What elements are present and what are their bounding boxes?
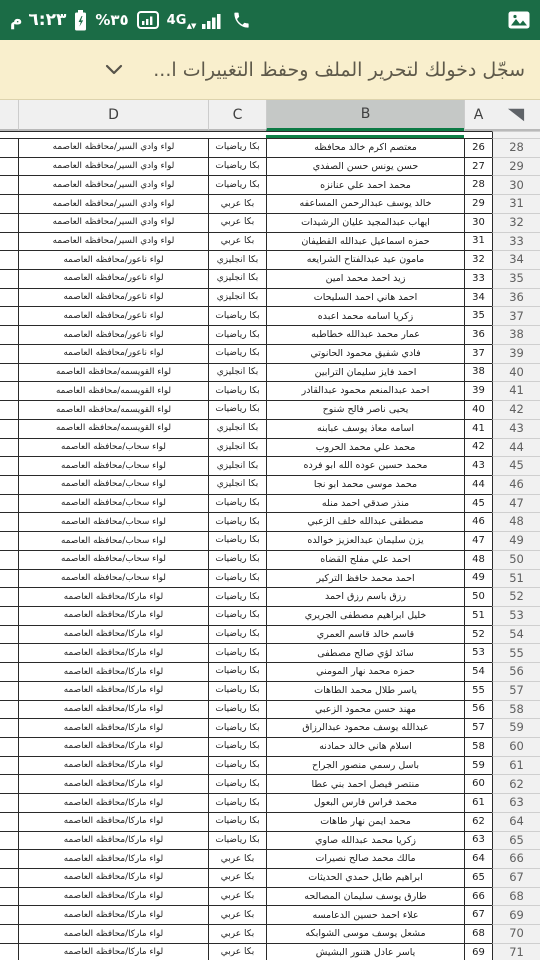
- cell-c[interactable]: بكا عربي: [208, 924, 266, 943]
- cell-b[interactable]: معتصم اكرم خالد محافظه: [266, 138, 464, 157]
- cell-d[interactable]: لواء سحاب/محافظه العاصمه: [18, 550, 208, 569]
- cell-a[interactable]: 35: [464, 306, 492, 325]
- cell-a[interactable]: 38: [464, 363, 492, 382]
- cell-d[interactable]: لواء ماركا/محافظه العاصمه: [18, 587, 208, 606]
- cell-d[interactable]: لواء ماركا/محافظه العاصمه: [18, 868, 208, 887]
- cell-e[interactable]: [0, 756, 18, 775]
- row-header[interactable]: 56: [492, 662, 540, 681]
- row-header[interactable]: 35: [492, 269, 540, 288]
- row-header[interactable]: 40: [492, 363, 540, 382]
- cell-d[interactable]: لواء ماركا/محافظه العاصمه: [18, 718, 208, 737]
- cell-c[interactable]: [208, 131, 266, 138]
- row-header[interactable]: 71: [492, 943, 540, 960]
- cell-c[interactable]: بكا رياضيات: [208, 531, 266, 550]
- cell-e[interactable]: [0, 643, 18, 662]
- table-row: 28 26 معتصم اكرم خالد محافظه بكا رياضيات…: [0, 138, 540, 157]
- row-header[interactable]: 46: [492, 475, 540, 494]
- cell-d[interactable]: لواء ماركا/محافظه العاصمه: [18, 681, 208, 700]
- cell-d[interactable]: لواء ناعور/محافظه العاصمه: [18, 344, 208, 363]
- column-header-b-selected[interactable]: B: [266, 100, 464, 131]
- row-header[interactable]: 61: [492, 756, 540, 775]
- cell-b[interactable]: رزق باسم رزق احمد: [266, 587, 464, 606]
- cell-e[interactable]: [0, 269, 18, 288]
- column-header-d[interactable]: D: [18, 100, 208, 131]
- row-header[interactable]: 55: [492, 643, 540, 662]
- cell-a[interactable]: 60: [464, 774, 492, 793]
- cell-c[interactable]: بكا رياضيات: [208, 774, 266, 793]
- cell-e[interactable]: [0, 131, 18, 138]
- cell-e[interactable]: [0, 550, 18, 569]
- cell-b[interactable]: سائد لؤي صالح مصطفى: [266, 643, 464, 662]
- cell-d[interactable]: لواء سحاب/محافظه العاصمه: [18, 569, 208, 588]
- table-row: 51 49 احمد محمد حافظ التركير بكا رياضيات…: [0, 569, 540, 588]
- row-header[interactable]: 42: [492, 400, 540, 419]
- table-row: 43 41 اسامه معاذ يوسف عبابنه بكا انجليزي…: [0, 419, 540, 438]
- row-header[interactable]: [492, 131, 540, 138]
- cell-c[interactable]: بكا رياضيات: [208, 606, 266, 625]
- row-header[interactable]: 37: [492, 306, 540, 325]
- cell-a[interactable]: 41: [464, 419, 492, 438]
- cell-e[interactable]: [0, 475, 18, 494]
- cell-b[interactable]: قاسم خالد قاسم العمري: [266, 625, 464, 644]
- cell-c[interactable]: بكا انجليزي: [208, 438, 266, 457]
- cell-c[interactable]: بكا رياضيات: [208, 138, 266, 157]
- cell-c[interactable]: بكا عربي: [208, 943, 266, 960]
- cell-b[interactable]: مهند حسن محمود الزعبي: [266, 700, 464, 719]
- cell-a[interactable]: 29: [464, 194, 492, 213]
- row-header[interactable]: 54: [492, 625, 540, 644]
- cell-d[interactable]: لواء ماركا/محافظه العاصمه: [18, 606, 208, 625]
- row-header[interactable]: 62: [492, 774, 540, 793]
- column-header-c[interactable]: C: [208, 100, 266, 131]
- cell-b[interactable]: طارق يوسف سليمان المصالحه: [266, 887, 464, 906]
- cell-a[interactable]: 64: [464, 849, 492, 868]
- table-row: 49 47 يزن سليمان عبدالعزيز خوالده بكا ري…: [0, 531, 540, 550]
- cell-e[interactable]: [0, 868, 18, 887]
- cell-c[interactable]: بكا عربي: [208, 194, 266, 213]
- cell-a[interactable]: 40: [464, 400, 492, 419]
- cell-a[interactable]: 49: [464, 569, 492, 588]
- cell-d[interactable]: لواء وادي السير/محافظه العاصمه: [18, 175, 208, 194]
- cell-e[interactable]: [0, 831, 18, 850]
- cell-c[interactable]: بكا انجليزي: [208, 363, 266, 382]
- cell-d[interactable]: لواء ناعور/محافظه العاصمه: [18, 325, 208, 344]
- cell-d[interactable]: لواء ناعور/محافظه العاصمه: [18, 269, 208, 288]
- cell-e[interactable]: [0, 232, 18, 251]
- cell-a[interactable]: 27: [464, 157, 492, 176]
- cell-e[interactable]: [0, 887, 18, 906]
- cell-c[interactable]: بكا رياضيات: [208, 643, 266, 662]
- cell-a[interactable]: 47: [464, 531, 492, 550]
- cell-d[interactable]: لواء وادي السير/محافظه العاصمه: [18, 194, 208, 213]
- cell-c[interactable]: بكا عربي: [208, 849, 266, 868]
- cell-c[interactable]: بكا انجليزي: [208, 250, 266, 269]
- cell-b[interactable]: اسلام هاني خالد حمادنه: [266, 737, 464, 756]
- table-row: 70 68 مشعل يوسف موسى الشوابكه بكا عربي ل…: [0, 924, 540, 943]
- select-all-corner[interactable]: [492, 100, 540, 131]
- cell-a[interactable]: 37: [464, 344, 492, 363]
- cell-b[interactable]: حمزه محمد نهار المومني: [266, 662, 464, 681]
- cell-a[interactable]: 28: [464, 175, 492, 194]
- cell-d[interactable]: لواء القويسمه/محافظه العاصمه: [18, 381, 208, 400]
- cell-c[interactable]: بكا انجليزي: [208, 419, 266, 438]
- cell-b[interactable]: حمزه اسماعيل عبدالله القطيفان: [266, 232, 464, 251]
- cell-e[interactable]: [0, 344, 18, 363]
- cell-c[interactable]: بكا عربي: [208, 868, 266, 887]
- cell-b[interactable]: خالد يوسف عبدالرحمن المساعفه: [266, 194, 464, 213]
- selected-cell-b-border[interactable]: [266, 131, 464, 138]
- cell-e[interactable]: [0, 681, 18, 700]
- cell-d[interactable]: لواء سحاب/محافظه العاصمه: [18, 531, 208, 550]
- table-row: 60 58 اسلام هاني خالد حمادنه بكا رياضيات…: [0, 737, 540, 756]
- cell-e[interactable]: [0, 905, 18, 924]
- cell-d[interactable]: لواء ماركا/محافظه العاصمه: [18, 737, 208, 756]
- cell-a[interactable]: 31: [464, 232, 492, 251]
- cell-e[interactable]: [0, 718, 18, 737]
- cell-b[interactable]: خليل ابراهيم مصطفى الجريري: [266, 606, 464, 625]
- cell-a[interactable]: 36: [464, 325, 492, 344]
- cell-c[interactable]: بكا انجليزي: [208, 288, 266, 307]
- cell-c[interactable]: بكا رياضيات: [208, 700, 266, 719]
- cell-c[interactable]: بكا رياضيات: [208, 569, 266, 588]
- row-header[interactable]: 36: [492, 288, 540, 307]
- cell-c[interactable]: بكا رياضيات: [208, 793, 266, 812]
- row-header[interactable]: 31: [492, 194, 540, 213]
- row-header[interactable]: 38: [492, 325, 540, 344]
- cell-d[interactable]: لواء القويسمه/محافظه العاصمه: [18, 400, 208, 419]
- cell-c[interactable]: بكا رياضيات: [208, 306, 266, 325]
- row-header[interactable]: 63: [492, 793, 540, 812]
- cell-a[interactable]: 42: [464, 438, 492, 457]
- chevron-down-icon[interactable]: [103, 62, 125, 78]
- table-row: 34 32 مامون عيد عبدالفتاح الشرايعه بكا ا…: [0, 250, 540, 269]
- cell-c[interactable]: بكا انجليزي: [208, 475, 266, 494]
- row-header[interactable]: 41: [492, 381, 540, 400]
- cell-a[interactable]: 59: [464, 756, 492, 775]
- cell-e[interactable]: [0, 306, 18, 325]
- cell-d[interactable]: لواء وادي السير/محافظه العاصمه: [18, 213, 208, 232]
- row-header[interactable]: 52: [492, 587, 540, 606]
- cell-d[interactable]: لواء ماركا/محافظه العاصمه: [18, 625, 208, 644]
- cell-e[interactable]: [0, 793, 18, 812]
- cell-e[interactable]: [0, 625, 18, 644]
- cell-d[interactable]: لواء ماركا/محافظه العاصمه: [18, 887, 208, 906]
- cell-d[interactable]: لواء ماركا/محافظه العاصمه: [18, 756, 208, 775]
- cell-e[interactable]: [0, 456, 18, 475]
- row-header[interactable]: 66: [492, 849, 540, 868]
- cell-c[interactable]: بكا رياضيات: [208, 381, 266, 400]
- cell-b[interactable]: مامون عيد عبدالفتاح الشرايعه: [266, 250, 464, 269]
- cell-a[interactable]: 39: [464, 381, 492, 400]
- row-header[interactable]: 64: [492, 812, 540, 831]
- cell-a[interactable]: 65: [464, 868, 492, 887]
- cell-e[interactable]: [0, 213, 18, 232]
- cell-a[interactable]: 48: [464, 550, 492, 569]
- cell-b[interactable]: محمد ايمن نهار طاهات: [266, 812, 464, 831]
- cell-d[interactable]: لواء وادي السير/محافظه العاصمه: [18, 232, 208, 251]
- cell-a[interactable]: 32: [464, 250, 492, 269]
- cell-e[interactable]: [0, 250, 18, 269]
- cell-d[interactable]: لواء سحاب/محافظه العاصمه: [18, 456, 208, 475]
- cell-c[interactable]: بكا رياضيات: [208, 831, 266, 850]
- cell-b[interactable]: احمد علي مفلح القضاه: [266, 550, 464, 569]
- cell-a[interactable]: 57: [464, 718, 492, 737]
- cell-b[interactable]: يزن سليمان عبدالعزيز خوالده: [266, 531, 464, 550]
- cell-b[interactable]: ايهاب عبدالمجيد عليان الرشيدات: [266, 213, 464, 232]
- cell-c[interactable]: بكا رياضيات: [208, 812, 266, 831]
- cell-e[interactable]: [0, 512, 18, 531]
- row-header[interactable]: 57: [492, 681, 540, 700]
- row-header[interactable]: 30: [492, 175, 540, 194]
- cell-b[interactable]: عبدالله يوسف محمود عبدالرزاق: [266, 718, 464, 737]
- cell-a[interactable]: 43: [464, 456, 492, 475]
- cell-d[interactable]: لواء ماركا/محافظه العاصمه: [18, 662, 208, 681]
- cell-e[interactable]: [0, 381, 18, 400]
- row-header[interactable]: 29: [492, 157, 540, 176]
- cell-b[interactable]: ياسر طلال محمد الطاهات: [266, 681, 464, 700]
- cell-e[interactable]: [0, 587, 18, 606]
- column-header-a[interactable]: A: [464, 100, 492, 131]
- cell-c[interactable]: بكا انجليزي: [208, 269, 266, 288]
- cell-c[interactable]: بكا رياضيات: [208, 718, 266, 737]
- column-header-row: A B C D: [0, 100, 540, 131]
- cell-e[interactable]: [0, 157, 18, 176]
- cell-d[interactable]: لواء ماركا/محافظه العاصمه: [18, 924, 208, 943]
- screenshot-image-icon: [508, 11, 530, 29]
- cell-d[interactable]: لواء سحاب/محافظه العاصمه: [18, 494, 208, 513]
- cell-e[interactable]: [0, 943, 18, 960]
- cell-c[interactable]: بكا رياضيات: [208, 157, 266, 176]
- cell-a[interactable]: 53: [464, 643, 492, 662]
- cell-b[interactable]: علاء احمد حسين الدعامسه: [266, 905, 464, 924]
- cell-b[interactable]: احمد عبدالمنعم محمود عبدالقادر: [266, 381, 464, 400]
- cell-b[interactable]: محمد احمد علي عنانزه: [266, 175, 464, 194]
- table-row: 58 56 مهند حسن محمود الزعبي بكا رياضيات …: [0, 700, 540, 719]
- cell-e[interactable]: [0, 419, 18, 438]
- row-header[interactable]: 60: [492, 737, 540, 756]
- cell-c[interactable]: بكا رياضيات: [208, 587, 266, 606]
- cell-b[interactable]: مشعل يوسف موسى الشوابكه: [266, 924, 464, 943]
- cell-e[interactable]: [0, 531, 18, 550]
- cell-a[interactable]: 51: [464, 606, 492, 625]
- spreadsheet-grid: A B C D 28 26 معتصم اكرم خالد محافظه بكا…: [0, 100, 540, 960]
- cell-a[interactable]: 66: [464, 887, 492, 906]
- cell-c[interactable]: بكا رياضيات: [208, 756, 266, 775]
- cell-a[interactable]: 30: [464, 213, 492, 232]
- cell-a[interactable]: 45: [464, 494, 492, 513]
- cell-a[interactable]: 68: [464, 924, 492, 943]
- row-header[interactable]: 49: [492, 531, 540, 550]
- cell-a[interactable]: 55: [464, 681, 492, 700]
- row-header[interactable]: 67: [492, 868, 540, 887]
- cell-e[interactable]: [0, 400, 18, 419]
- cell-c[interactable]: بكا رياضيات: [208, 325, 266, 344]
- row-header[interactable]: 33: [492, 232, 540, 251]
- cell-d[interactable]: لواء ماركا/محافظه العاصمه: [18, 643, 208, 662]
- cell-d[interactable]: لواء ماركا/محافظه العاصمه: [18, 774, 208, 793]
- cell-a[interactable]: 61: [464, 793, 492, 812]
- row-header[interactable]: 70: [492, 924, 540, 943]
- cell-a[interactable]: 63: [464, 831, 492, 850]
- cell-e[interactable]: [0, 849, 18, 868]
- cell-c[interactable]: بكا رياضيات: [208, 494, 266, 513]
- cell-e[interactable]: [0, 194, 18, 213]
- cell-d[interactable]: لواء سحاب/محافظه العاصمه: [18, 438, 208, 457]
- cell-a[interactable]: 33: [464, 269, 492, 288]
- table-row: 52 50 رزق باسم رزق احمد بكا رياضيات لواء…: [0, 587, 540, 606]
- cell-e[interactable]: [0, 438, 18, 457]
- cell-b[interactable]: زكريا محمد عبدالله صاوي: [266, 831, 464, 850]
- row-header[interactable]: 43: [492, 419, 540, 438]
- cell-a[interactable]: 52: [464, 625, 492, 644]
- cell-d[interactable]: لواء ماركا/محافظه العاصمه: [18, 905, 208, 924]
- table-row: 71 69 ياسر عادل هتنور البشيش بكا عربي لو…: [0, 943, 540, 960]
- cell-e[interactable]: [0, 288, 18, 307]
- row-header[interactable]: 28: [492, 138, 540, 157]
- cell-d[interactable]: لواء ماركا/محافظه العاصمه: [18, 943, 208, 960]
- battery-charging-icon: [74, 10, 87, 31]
- cell-e[interactable]: [0, 774, 18, 793]
- table-row: 40 38 احمد فايز سليمان الترابين بكا انجل…: [0, 363, 540, 382]
- cell-c[interactable]: بكا رياضيات: [208, 681, 266, 700]
- cell-e[interactable]: [0, 363, 18, 382]
- cell-b[interactable]: باسل رسمي منصور الجراح: [266, 756, 464, 775]
- row-header[interactable]: 48: [492, 512, 540, 531]
- cell-b[interactable]: ياسر عادل هتنور البشيش: [266, 943, 464, 960]
- cell-b[interactable]: حسن يونس حسن الصفدي: [266, 157, 464, 176]
- cell-a[interactable]: 34: [464, 288, 492, 307]
- cell-a[interactable]: 56: [464, 700, 492, 719]
- cell-b[interactable]: منتصر فيصل احمد بني عطا: [266, 774, 464, 793]
- cell-d[interactable]: لواء ماركا/محافظه العاصمه: [18, 812, 208, 831]
- cell-c[interactable]: بكا عربي: [208, 905, 266, 924]
- cell-b[interactable]: مالك محمد صالح نصيرات: [266, 849, 464, 868]
- cell-e[interactable]: [0, 569, 18, 588]
- cell-b[interactable]: ابراهيم طايل حمدي الحديثات: [266, 868, 464, 887]
- cell-c[interactable]: بكا رياضيات: [208, 512, 266, 531]
- cell-e[interactable]: [0, 924, 18, 943]
- cell-d[interactable]: لواء القويسمه/محافظه العاصمه: [18, 419, 208, 438]
- cell-c[interactable]: بكا عربي: [208, 887, 266, 906]
- cell-e[interactable]: [0, 812, 18, 831]
- row-header[interactable]: 65: [492, 831, 540, 850]
- row-header[interactable]: 59: [492, 718, 540, 737]
- cell-a[interactable]: [464, 131, 492, 138]
- cell-c[interactable]: بكا انجليزي: [208, 456, 266, 475]
- cell-c[interactable]: بكا رياضيات: [208, 344, 266, 363]
- row-header[interactable]: 50: [492, 550, 540, 569]
- battery-percent-text: ٣٥%: [95, 11, 128, 29]
- table-row: 65 63 زكريا محمد عبدالله صاوي بكا رياضيا…: [0, 831, 540, 850]
- cell-c[interactable]: بكا عربي: [208, 232, 266, 251]
- row-header[interactable]: 44: [492, 438, 540, 457]
- cell-b[interactable]: فادي شفيق محمود الحانوتي: [266, 344, 464, 363]
- cell-b[interactable]: احمد محمد حافظ التركير: [266, 569, 464, 588]
- cell-d[interactable]: [18, 131, 208, 138]
- cell-d[interactable]: لواء ماركا/محافظه العاصمه: [18, 793, 208, 812]
- cell-d[interactable]: لواء القويسمه/محافظه العاصمه: [18, 363, 208, 382]
- cell-a[interactable]: 58: [464, 737, 492, 756]
- table-row: 54 52 قاسم خالد قاسم العمري بكا رياضيات …: [0, 625, 540, 644]
- cell-c[interactable]: بكا رياضيات: [208, 737, 266, 756]
- cell-a[interactable]: 46: [464, 512, 492, 531]
- cell-d[interactable]: لواء ماركا/محافظه العاصمه: [18, 831, 208, 850]
- cell-d[interactable]: لواء سحاب/محافظه العاصمه: [18, 475, 208, 494]
- row-header[interactable]: 58: [492, 700, 540, 719]
- cell-c[interactable]: بكا رياضيات: [208, 625, 266, 644]
- row-header[interactable]: 68: [492, 887, 540, 906]
- cell-d[interactable]: لواء سحاب/محافظه العاصمه: [18, 512, 208, 531]
- cell-c[interactable]: بكا رياضيات: [208, 400, 266, 419]
- cell-b[interactable]: اسامه معاذ يوسف عبابنه: [266, 419, 464, 438]
- table-row: 46 44 محمد موسى محمد ابو نجا بكا انجليزي…: [0, 475, 540, 494]
- cell-b[interactable]: محمد علي محمد الحروب: [266, 438, 464, 457]
- cell-b[interactable]: زكريا اسامه محمد اعبده: [266, 306, 464, 325]
- cell-e[interactable]: [0, 138, 18, 157]
- row-header[interactable]: 47: [492, 494, 540, 513]
- row-header[interactable]: 69: [492, 905, 540, 924]
- cell-d[interactable]: لواء ناعور/محافظه العاصمه: [18, 250, 208, 269]
- cell-a[interactable]: 44: [464, 475, 492, 494]
- cell-b[interactable]: محمد حسين عوده الله ابو فرده: [266, 456, 464, 475]
- cell-a[interactable]: 50: [464, 587, 492, 606]
- cell-e[interactable]: [0, 494, 18, 513]
- cell-d[interactable]: لواء وادي السير/محافظه العاصمه: [18, 138, 208, 157]
- cell-b[interactable]: منذر صدقي احمد منله: [266, 494, 464, 513]
- cell-a[interactable]: 67: [464, 905, 492, 924]
- cell-e[interactable]: [0, 700, 18, 719]
- cell-d[interactable]: لواء وادي السير/محافظه العاصمه: [18, 157, 208, 176]
- cell-b[interactable]: عمار محمد عبدالله خطاطبه: [266, 325, 464, 344]
- cell-a[interactable]: 54: [464, 662, 492, 681]
- cell-c[interactable]: بكا عربي: [208, 213, 266, 232]
- cell-b[interactable]: احمد هاني احمد السليحات: [266, 288, 464, 307]
- cell-b[interactable]: زيد احمد محمد امين: [266, 269, 464, 288]
- row-header[interactable]: 39: [492, 344, 540, 363]
- cell-c[interactable]: بكا رياضيات: [208, 175, 266, 194]
- row-header[interactable]: 45: [492, 456, 540, 475]
- column-header-e-sliver[interactable]: [0, 100, 18, 131]
- row-header[interactable]: 51: [492, 569, 540, 588]
- cell-a[interactable]: 26: [464, 138, 492, 157]
- cell-b[interactable]: محمد موسى محمد ابو نجا: [266, 475, 464, 494]
- row-header[interactable]: 53: [492, 606, 540, 625]
- cell-a[interactable]: 62: [464, 812, 492, 831]
- cell-d[interactable]: لواء ناعور/محافظه العاصمه: [18, 288, 208, 307]
- cell-e[interactable]: [0, 175, 18, 194]
- cell-d[interactable]: لواء ماركا/محافظه العاصمه: [18, 849, 208, 868]
- cell-e[interactable]: [0, 737, 18, 756]
- cell-d[interactable]: لواء ناعور/محافظه العاصمه: [18, 306, 208, 325]
- cell-c[interactable]: بكا رياضيات: [208, 662, 266, 681]
- table-row: 67 65 ابراهيم طايل حمدي الحديثات بكا عرب…: [0, 868, 540, 887]
- cell-b[interactable]: مصطفى عبدالله خلف الزعبي: [266, 512, 464, 531]
- cell-b[interactable]: محمد فراس فارس البعول: [266, 793, 464, 812]
- row-header[interactable]: 34: [492, 250, 540, 269]
- cell-e[interactable]: [0, 606, 18, 625]
- table-row: 29 27 حسن يونس حسن الصفدي بكا رياضيات لو…: [0, 157, 540, 176]
- cell-e[interactable]: [0, 325, 18, 344]
- table-row: 41 39 احمد عبدالمنعم محمود عبدالقادر بكا…: [0, 381, 540, 400]
- cell-e[interactable]: [0, 662, 18, 681]
- cell-c[interactable]: بكا رياضيات: [208, 550, 266, 569]
- cell-b[interactable]: يحيى ناصر فالح شنوح: [266, 400, 464, 419]
- cell-b[interactable]: احمد فايز سليمان الترابين: [266, 363, 464, 382]
- select-all-triangle-icon: [505, 106, 527, 124]
- cell-d[interactable]: لواء ماركا/محافظه العاصمه: [18, 700, 208, 719]
- cell-a[interactable]: 69: [464, 943, 492, 960]
- row-header[interactable]: 32: [492, 213, 540, 232]
